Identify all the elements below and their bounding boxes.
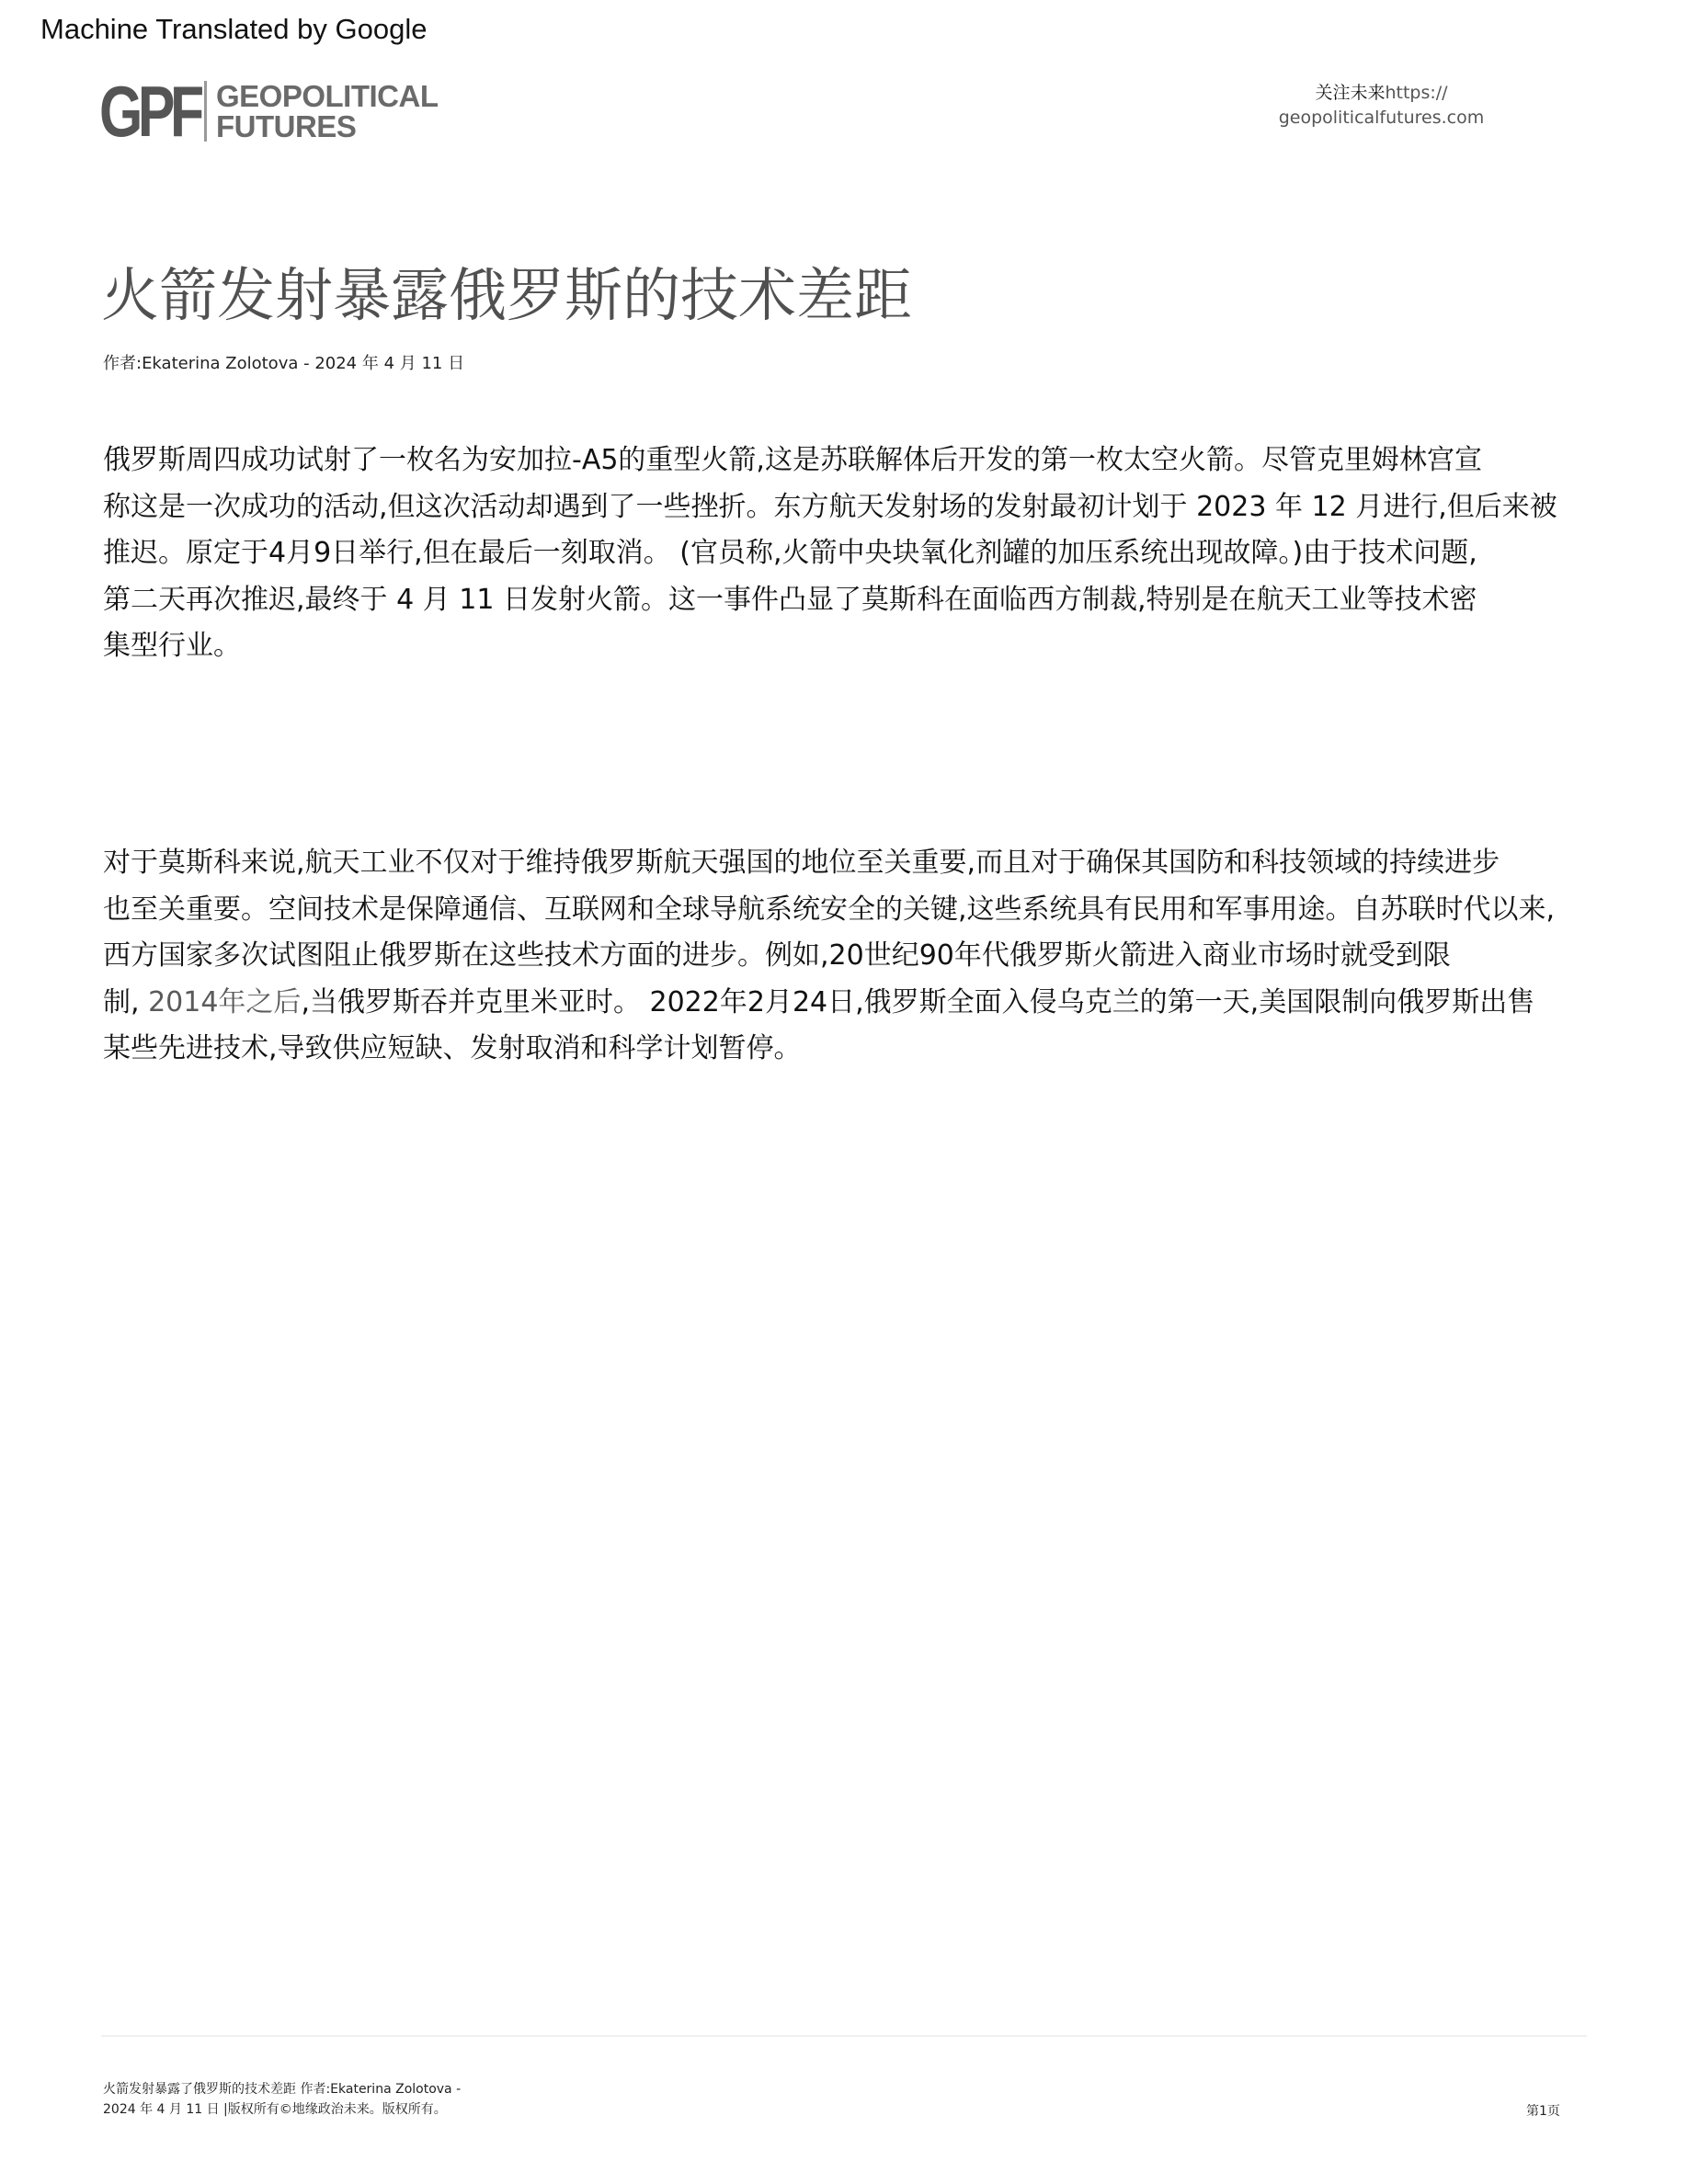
article-paragraph-1: 俄罗斯周四成功试射了一枚名为安加拉-A5的重型火箭,这是苏联解体后开发的第一枚太… xyxy=(103,438,1611,670)
paragraph-line: 集型行业。 xyxy=(103,623,1611,670)
paragraph-line: 称这是一次成功的活动,但这次活动却遇到了一些挫折。东方航天发射场的发射最初计划于… xyxy=(103,484,1611,531)
link-after-2014[interactable]: 2014年之后 xyxy=(148,986,301,1018)
paragraph-line: 西方国家多次试图阻止俄罗斯在这些技术方面的进步。例如,20世纪90年代俄罗斯火箭… xyxy=(103,933,1611,980)
line-prefix: 制, xyxy=(103,986,148,1018)
page-number: 第1页 xyxy=(1526,2101,1560,2121)
article-byline: 作者:Ekaterina Zolotova - 2024 年 4 月 11 日 xyxy=(103,352,464,376)
follow-line-1: 关注未来https:// xyxy=(1250,81,1512,106)
follow-label: 关注未来 xyxy=(1315,83,1385,103)
machine-translation-banner: Machine Translated by Google xyxy=(40,13,427,46)
footer-line-1: 火箭发射暴露了俄罗斯的技术差距 作者:Ekaterina Zolotova - xyxy=(103,2079,461,2099)
line-suffix: ,当俄罗斯吞并克里米亚时。 2022年2月24日,俄罗斯全面入侵乌克兰的第一天,… xyxy=(301,986,1534,1018)
article-title: 火箭发射暴露俄罗斯的技术差距 xyxy=(101,259,912,333)
follow-link[interactable]: 关注未来https:// geopoliticalfutures.com xyxy=(1250,81,1512,131)
paragraph-line: 制, 2014年之后,当俄罗斯吞并克里米亚时。 2022年2月24日,俄罗斯全面… xyxy=(103,980,1611,1027)
footer-divider xyxy=(101,2035,1587,2037)
footer-line-2: 2024 年 4 月 11 日 |版权所有©地缘政治未来。版权所有。 xyxy=(103,2099,461,2120)
paragraph-line: 也至关重要。空间技术是保障通信、互联网和全球导航系统安全的关键,这些系统具有民用… xyxy=(103,887,1611,934)
article-paragraph-2: 对于莫斯科来说,航天工业不仅对于维持俄罗斯航天强国的地位至关重要,而且对于确保其… xyxy=(103,840,1611,1073)
logo-word-geopolitical: GEOPOLITICAL xyxy=(216,81,439,111)
follow-url-part2[interactable]: geopoliticalfutures.com xyxy=(1250,106,1512,131)
follow-url-part1[interactable]: https:// xyxy=(1385,83,1447,103)
paragraph-line: 俄罗斯周四成功试射了一枚名为安加拉-A5的重型火箭,这是苏联解体后开发的第一枚太… xyxy=(103,438,1611,484)
gpf-logo[interactable]: GPF GEOPOLITICAL FUTURES xyxy=(99,77,439,145)
paragraph-line: 某些先进技术,导致供应短缺、发射取消和科学计划暂停。 xyxy=(103,1026,1611,1073)
paragraph-line: 推迟。原定于4月9日举行,但在最后一刻取消。 (官员称,火箭中央块氧化剂罐的加压… xyxy=(103,530,1611,577)
logo-divider xyxy=(204,81,207,142)
paragraph-line: 第二天再次推迟,最终于 4 月 11 日发射火箭。这一事件凸显了莫斯科在面临西方… xyxy=(103,577,1611,624)
logo-mark: GPF xyxy=(99,77,177,145)
footer-citation: 火箭发射暴露了俄罗斯的技术差距 作者:Ekaterina Zolotova - … xyxy=(103,2079,461,2120)
logo-wordmark: GEOPOLITICAL FUTURES xyxy=(216,81,439,142)
paragraph-line: 对于莫斯科来说,航天工业不仅对于维持俄罗斯航天强国的地位至关重要,而且对于确保其… xyxy=(103,840,1611,887)
logo-word-futures: FUTURES xyxy=(216,111,439,142)
